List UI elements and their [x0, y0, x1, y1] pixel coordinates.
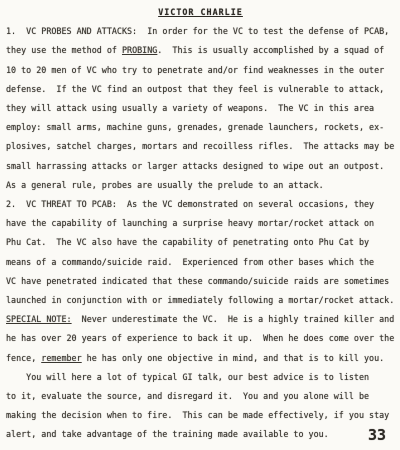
page-title: VICTOR CHARLIE	[6, 3, 395, 22]
paragraph-vc-threat-to-pcab: 2. VC THREAT TO PCAB: As the VC demonstr…	[6, 195, 395, 310]
paragraph-number: 2.	[6, 199, 26, 209]
paragraph-vc-probes-and-attacks: 1. VC PROBES AND ATTACKS: In order for t…	[6, 22, 395, 195]
paragraph-text: he has only one objective in mind, and t…	[82, 353, 385, 363]
paragraph-text: You will here a lot of typical GI talk, …	[6, 372, 389, 440]
paragraph-text: As the VC demonstrated on several occasi…	[6, 199, 394, 305]
paragraph-closing-advice: You will here a lot of typical GI talk, …	[6, 368, 395, 445]
page-number: 33	[368, 426, 386, 445]
paragraph-number: 1.	[6, 26, 26, 36]
paragraph-text: . This is usually accomplished by a squa…	[6, 45, 394, 189]
special-note-heading: SPECIAL NOTE:	[6, 314, 72, 324]
section-heading: VC PROBES AND ATTACKS:	[26, 26, 137, 36]
emphasized-word-probing: PROBING	[122, 45, 157, 55]
paragraph-special-note: SPECIAL NOTE: Never underestimate the VC…	[6, 310, 395, 368]
document-page: VICTOR CHARLIE 1. VC PROBES AND ATTACKS:…	[0, 0, 400, 450]
section-heading: VC THREAT TO PCAB:	[26, 199, 117, 209]
emphasized-word-remember: remember	[41, 353, 81, 363]
